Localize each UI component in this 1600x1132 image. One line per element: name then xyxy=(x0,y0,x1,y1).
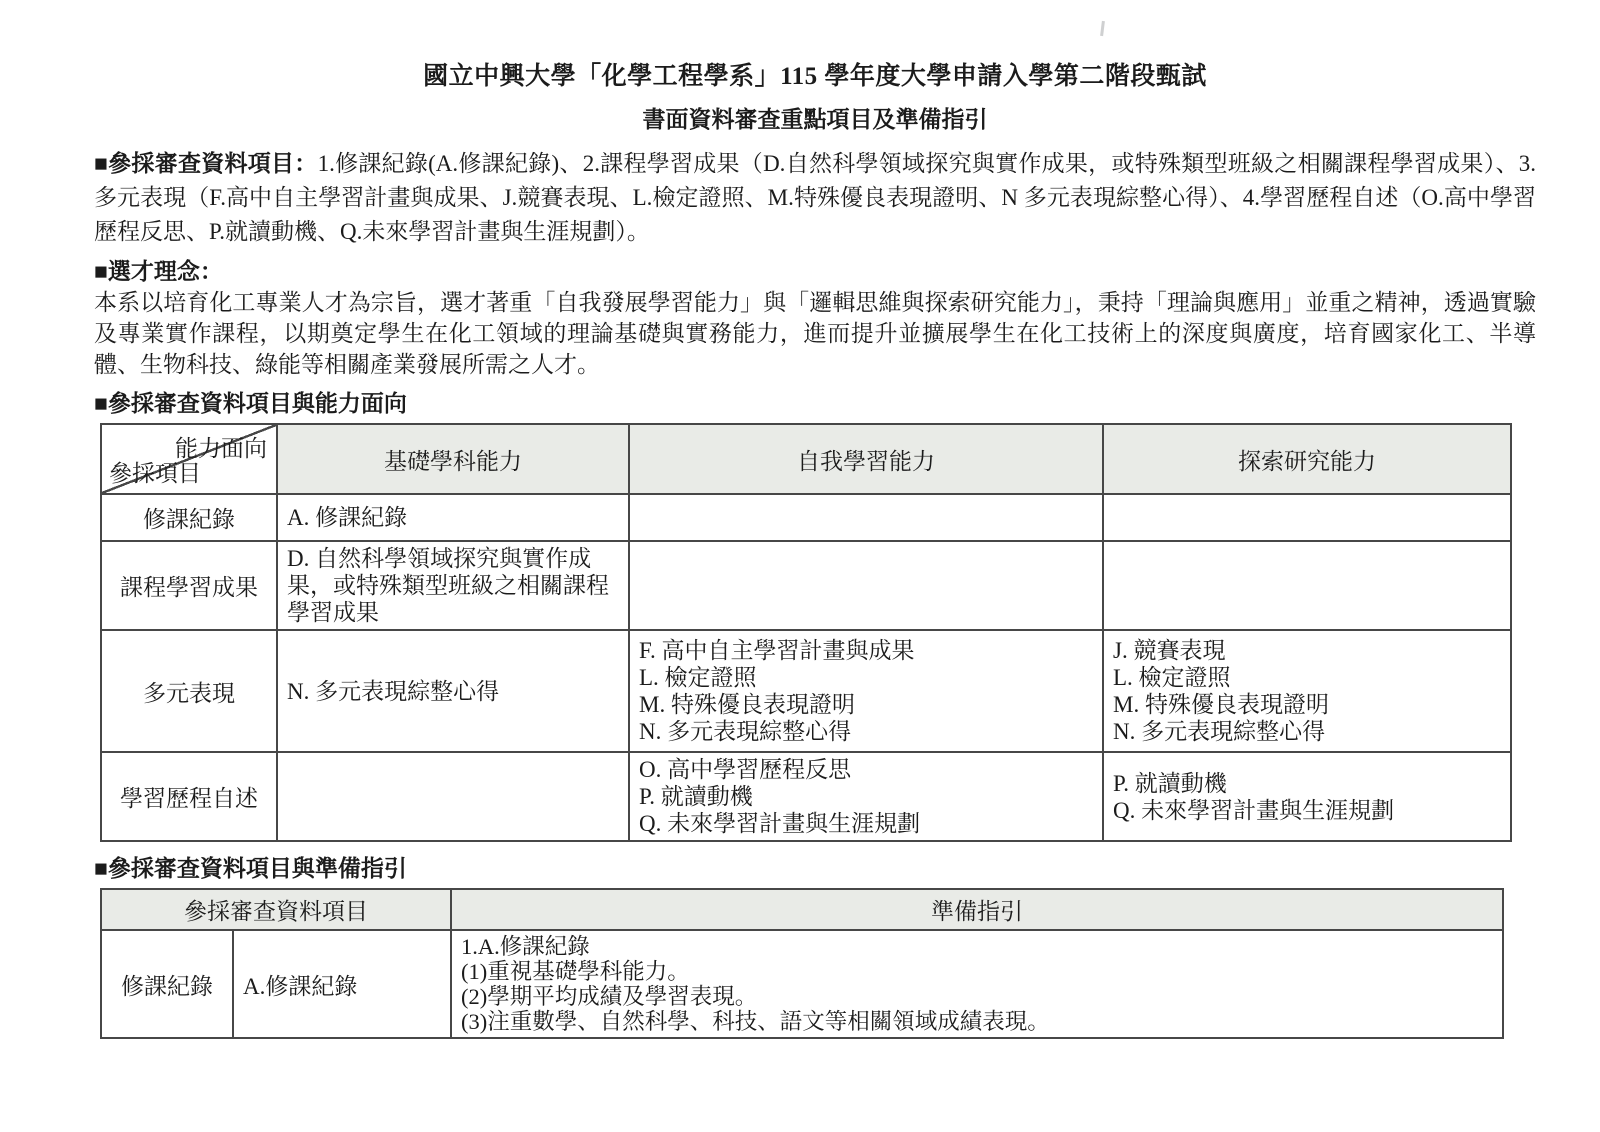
list-item: P. 就讀動機 xyxy=(639,783,1093,810)
self-learning-cell: F. 高中自主學習計畫與成果 L. 檢定證照 M. 特殊優良表現證明 N. 多元… xyxy=(629,630,1103,752)
list-item: M. 特殊優良表現證明 xyxy=(1113,691,1501,718)
capability-table: 能力面向 參採項目 基礎學科能力 自我學習能力 探索研究能力 修課紀錄 A. 修… xyxy=(100,423,1512,842)
empty-cell xyxy=(629,541,1103,630)
exploration-cell: P. 就讀動機 Q. 未來學習計畫與生涯規劃 xyxy=(1103,752,1511,841)
list-item: N. 多元表現綜整心得 xyxy=(287,678,619,705)
guidance-line: (1)重視基礎學科能力。 xyxy=(461,959,1493,984)
list-item: Q. 未來學習計畫與生涯規劃 xyxy=(1113,797,1501,824)
list-item: N. 多元表現綜整心得 xyxy=(639,718,1093,745)
philosophy-body: 本系以培育化工專業人才為宗旨，選才著重「自我發展學習能力」與「邏輯思維與探索研究… xyxy=(94,287,1536,380)
guidance-table-heading: ■參採審查資料項目與準備指引 xyxy=(94,855,1536,883)
column-header-self-learning: 自我學習能力 xyxy=(629,424,1103,494)
list-item: D. 自然科學領域探究與實作成果，或特殊類型班級之相關課程學習成果 xyxy=(287,545,619,626)
corner-header-cell: 能力面向 參採項目 xyxy=(101,424,277,494)
table-row-learning-portfolio: 學習歷程自述 O. 高中學習歷程反思 P. 就讀動機 Q. 未來學習計畫與生涯規… xyxy=(101,752,1511,841)
exploration-cell: J. 競賽表現 L. 檢定證照 M. 特殊優良表現證明 N. 多元表現綜整心得 xyxy=(1103,630,1511,752)
review-items-paragraph: ■參採審查資料項目：1.修課紀錄(A.修課紀錄)、2.課程學習成果（D.自然科學… xyxy=(94,147,1536,249)
document-subtitle: 書面資料審查重點項目及準備指引 xyxy=(94,101,1536,134)
basic-cell: N. 多元表現綜整心得 xyxy=(277,630,629,752)
list-item: Q. 未來學習計畫與生涯規劃 xyxy=(639,810,1093,837)
table-row-course-record: 修課紀錄 A. 修課紀錄 xyxy=(101,494,1511,541)
document-page: 國立中興大學「化學工程學系」115 學年度大學申請入學第二階段甄試 書面資料審查… xyxy=(0,0,1600,1039)
basic-cell: D. 自然科學領域探究與實作成果，或特殊類型班級之相關課程學習成果 xyxy=(277,541,629,630)
row-label: 多元表現 xyxy=(101,630,277,752)
table-row-diverse-performance: 多元表現 N. 多元表現綜整心得 F. 高中自主學習計畫與成果 L. 檢定證照 … xyxy=(101,630,1511,752)
list-item: M. 特殊優良表現證明 xyxy=(639,691,1093,718)
list-item: N. 多元表現綜整心得 xyxy=(1113,718,1501,745)
column-header-exploration: 探索研究能力 xyxy=(1103,424,1511,494)
philosophy-heading: ■選才理念： xyxy=(94,257,1536,287)
empty-cell xyxy=(277,752,629,841)
column-header-basic: 基礎學科能力 xyxy=(277,424,629,494)
guidance-line: 1.A.修課紀錄 xyxy=(461,934,1493,959)
capability-table-heading: ■參採審查資料項目與能力面向 xyxy=(94,390,1536,418)
list-item: P. 就讀動機 xyxy=(1113,770,1501,797)
guidance-detail-cell: 1.A.修課紀錄 (1)重視基礎學科能力。 (2)學期平均成績及學習表現。 (3… xyxy=(451,930,1503,1038)
row-label: 修課紀錄 xyxy=(101,494,277,541)
guidance-header-guide: 準備指引 xyxy=(451,889,1503,930)
list-item: J. 競賽表現 xyxy=(1113,637,1501,664)
self-learning-cell: O. 高中學習歷程反思 P. 就讀動機 Q. 未來學習計畫與生涯規劃 xyxy=(629,752,1103,841)
document-title: 國立中興大學「化學工程學系」115 學年度大學申請入學第二階段甄試 xyxy=(94,56,1536,92)
guidance-category: 修課紀錄 xyxy=(101,930,233,1038)
corner-label-item: 參採項目 xyxy=(109,455,201,488)
review-items-heading: ■參採審查資料項目： xyxy=(94,151,318,176)
list-item: L. 檢定證照 xyxy=(1113,664,1501,691)
row-label: 課程學習成果 xyxy=(101,541,277,630)
guidance-line: (3)注重數學、自然科學、科技、語文等相關領域成績表現。 xyxy=(461,1009,1493,1034)
list-item: O. 高中學習歷程反思 xyxy=(639,756,1093,783)
guidance-header-items: 參採審查資料項目 xyxy=(101,889,451,930)
capability-header-row: 能力面向 參採項目 基礎學科能力 自我學習能力 探索研究能力 xyxy=(101,424,1511,494)
empty-cell xyxy=(629,494,1103,541)
guidance-header-row: 參採審查資料項目 準備指引 xyxy=(101,889,1503,930)
guidance-table: 參採審查資料項目 準備指引 修課紀錄 A.修課紀錄 1.A.修課紀錄 (1)重視… xyxy=(100,888,1504,1039)
guidance-code: A.修課紀錄 xyxy=(233,930,451,1038)
guidance-line: (2)學期平均成績及學習表現。 xyxy=(461,984,1493,1009)
empty-cell xyxy=(1103,541,1511,630)
list-item: L. 檢定證照 xyxy=(639,664,1093,691)
row-label: 學習歷程自述 xyxy=(101,752,277,841)
list-item: F. 高中自主學習計畫與成果 xyxy=(639,637,1093,664)
table-row-course-record-guidance: 修課紀錄 A.修課紀錄 1.A.修課紀錄 (1)重視基礎學科能力。 (2)學期平… xyxy=(101,930,1503,1038)
table-row-course-outcome: 課程學習成果 D. 自然科學領域探究與實作成果，或特殊類型班級之相關課程學習成果 xyxy=(101,541,1511,630)
empty-cell xyxy=(1103,494,1511,541)
basic-cell: A. 修課紀錄 xyxy=(277,494,629,541)
list-item: A. 修課紀錄 xyxy=(287,504,619,531)
